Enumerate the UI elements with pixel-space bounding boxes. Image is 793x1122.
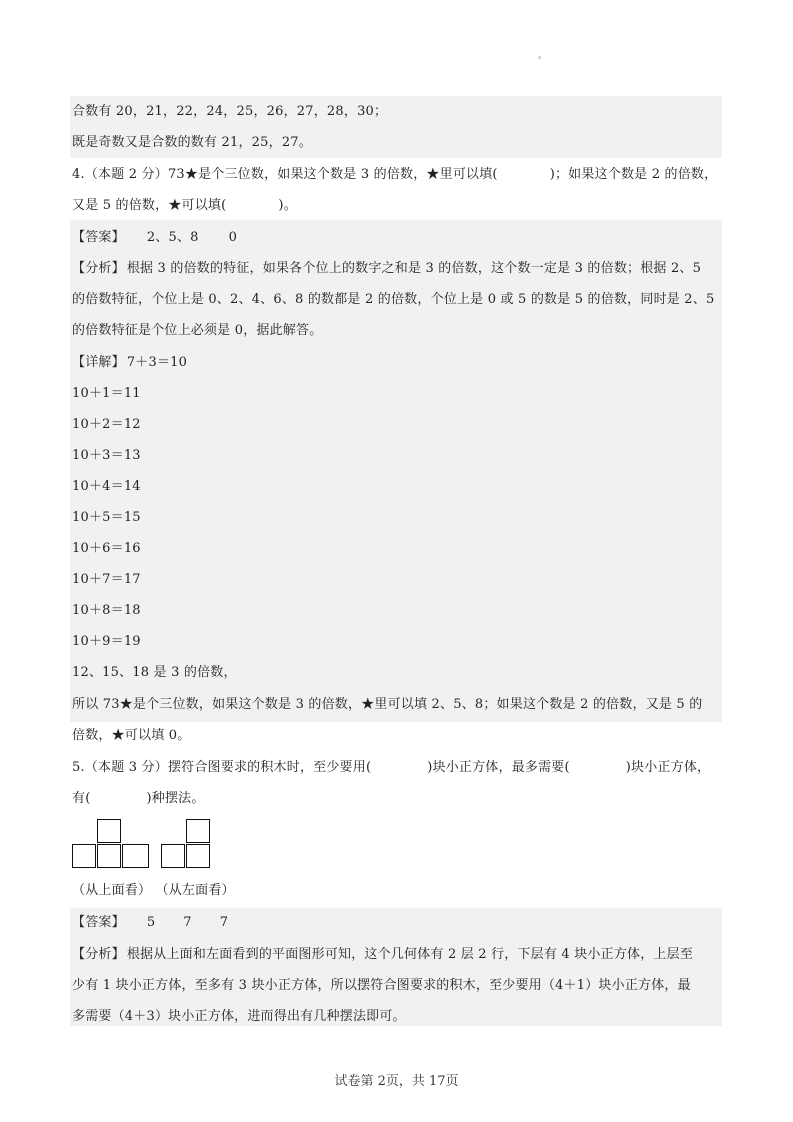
square [186,819,210,843]
square [72,844,96,868]
q4-analysis-line-1: 【分析】根据 3 的倍数的特征，如果各个位上的数字之和是 3 的倍数，这个数一定… [72,260,701,278]
analysis-text: 根据 3 的倍数的特征，如果各个位上的数字之和是 3 的倍数，这个数一定是 3 … [127,261,701,276]
analysis-text: 根据从上面和左面看到的平面图形可知，这个几何体有 2 层 2 行，下层有 4 块… [127,947,693,962]
q5-stem-line-2: 有()种摆法。 [72,790,205,808]
q4-stem-line-1: 4.（本题 2 分）73★是个三位数，如果这个数是 3 的倍数，★里可以填()；… [72,166,717,184]
answer-label: 【答案】 [72,915,125,930]
q4-stem-line-2: 又是 5 的倍数，★可以填()。 [72,197,297,215]
q5-stem-line-1: 5.（本题 3 分）摆符合图要求的积木时，至少要用()块小正方体，最多需要()块… [72,759,710,777]
left-view-figure [161,819,213,871]
q4-analysis-line-3: 的倍数特征是个位上必须是 0，据此解答。 [72,322,322,340]
q5-analysis-line-1: 【分析】根据从上面和左面看到的平面图形可知，这个几何体有 2 层 2 行，下层有… [72,946,693,964]
analysis-label: 【分析】 [72,261,125,276]
q4-analysis-line-2: 的倍数特征，个位上是 0、2、4、6、8 的数都是 2 的倍数，个位上是 0 或… [72,291,714,309]
q5-stem-text: )块小正方体，最多需要( [427,760,570,775]
q5-stem-text: )块小正方体， [626,760,710,775]
q4-detail-line: 10＋4＝14 [72,478,141,496]
q4-answer-2: 0 [229,230,237,245]
q5-answer: 【答案】577 [72,914,228,932]
q4-stem-text: 4.（本题 2 分）73★是个三位数，如果这个数是 3 的倍数，★里可以填( [72,167,498,182]
detail-text: 7＋3＝10 [127,355,187,370]
prev-line-1: 合数有 20，21，22，24，25，26，27，28，30； [72,103,387,121]
square [186,844,210,868]
q4-stem-text: )；如果这个数是 2 的倍数， [550,167,718,182]
q4-answer: 【答案】2、5、80 [72,229,237,247]
q4-answer-1: 2、5、8 [147,230,199,245]
square [97,819,121,843]
q5-stem-text: 有( [72,791,90,806]
answer-label: 【答案】 [72,230,125,245]
q5-answer-1: 5 [147,915,155,930]
detail-label: 【详解】 [72,355,125,370]
square [161,844,185,868]
q4-detail-line: 10＋9＝19 [72,633,141,651]
q4-detail-line: 10＋7＝17 [72,571,141,589]
q4-detail-line: 10＋6＝16 [72,540,141,558]
square [97,844,121,868]
q4-detail-line: 10＋5＝15 [72,509,141,527]
square [122,844,149,868]
q4-detail-line: 10＋8＝18 [72,602,141,620]
q5-answer-2: 7 [183,915,191,930]
scan-mark [538,56,541,59]
top-view-figure [72,819,150,871]
q4-detail-line: 10＋1＝11 [72,385,141,403]
analysis-label: 【分析】 [72,947,125,962]
figure-captions: （从上面看） （从左面看） [72,882,235,900]
q5-analysis-line-2: 少有 1 块小正方体，至多有 3 块小正方体，所以摆符合图要求的积木，至少要用（… [72,977,691,995]
q4-detail-line: 10＋2＝12 [72,416,141,434]
page-footer: 试卷第 2页，共 17页 [0,1070,793,1089]
q4-detail-line: 12、15、18 是 3 的倍数， [72,664,237,682]
q4-detail-line: 10＋3＝13 [72,447,141,465]
q4-detail-line-0: 【详解】7＋3＝10 [72,354,187,372]
q5-stem-text: )种摆法。 [146,791,204,806]
q4-stem-text: )。 [278,198,296,213]
q5-stem-text: 5.（本题 3 分）摆符合图要求的积木时，至少要用( [72,760,371,775]
q4-detail-line: 所以 73★是个三位数，如果这个数是 3 的倍数，★里可以填 2、5、8；如果这… [72,696,702,714]
q5-answer-3: 7 [220,915,228,930]
prev-line-2: 既是奇数又是合数的数有 21，25，27。 [72,134,312,152]
q4-detail-line: 倍数，★可以填 0。 [72,727,190,745]
q5-analysis-line-3: 多需要（4＋3）块小正方体，进而得出有几种摆法即可。 [72,1008,406,1026]
q4-stem-text: 又是 5 的倍数，★可以填( [72,198,226,213]
